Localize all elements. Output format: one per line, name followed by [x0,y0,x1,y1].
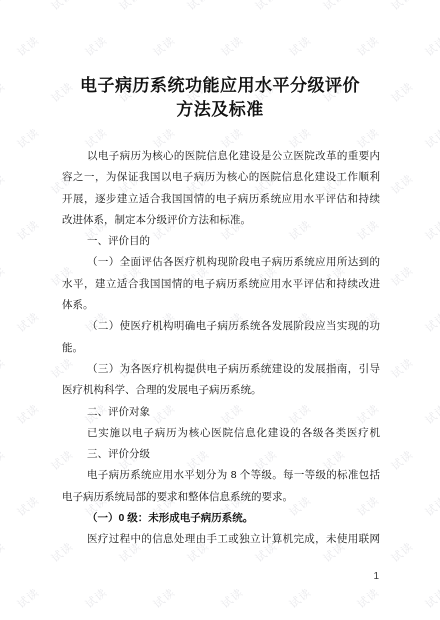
document-title: 电子病历系统功能应用水平分级评价 方法及标准 [0,74,440,122]
watermark-text: 试读 [422,492,440,520]
watermark-text: 试读 [14,400,43,428]
text-line: 水平，建立适合我国国情的电子病历系统应用水平评估和持续改进 [62,274,380,295]
watermark-text: 试读 [388,446,417,474]
watermark-text: 试读 [0,354,8,382]
text-line: 体系。 [62,295,380,316]
watermark-text: 试读 [14,584,43,612]
text-line: （三）为各医疗机构提供电子病历系统建设的发展指南，引导 [62,359,380,380]
watermark-text: 试读 [388,354,417,382]
watermark-text: 试读 [286,32,315,60]
text-line: 能。 [62,338,380,359]
watermark-text: 试读 [0,538,8,566]
watermark-text: 试读 [422,584,440,612]
text-line: 容之一，为保证我国以电子病历为核心的医院信息化建设工作顺利 [62,167,380,188]
watermark-text: 试读 [388,538,417,566]
watermark-text: 试读 [82,584,111,612]
watermark-text: 试读 [218,32,247,60]
watermark-text: 试读 [252,0,281,14]
watermark-text: 试读 [150,32,179,60]
watermark-text: 试读 [14,492,43,520]
watermark-text: 试读 [48,0,77,14]
watermark-text: 试读 [0,262,8,290]
text-line: 电子病历系统应用水平划分为 8 个等级。每一等级的标准包括 [62,465,380,486]
watermark-text: 试读 [116,0,145,14]
watermark-text: 试读 [82,32,111,60]
page-number: 1 [373,571,379,582]
watermark-text: 试读 [0,446,8,474]
watermark-text: 试读 [184,0,213,14]
text-line: 一、评价目的 [62,231,380,252]
text-line: 开展，逐步建立适合我国国情的电子病历系统应用水平评估和持续 [62,189,380,210]
watermark-text: 试读 [320,0,349,14]
watermark-text: 试读 [422,216,440,244]
watermark-text: 试读 [0,0,8,14]
document-title-line-1: 电子病历系统功能应用水平分级评价 [0,74,440,98]
watermark-text: 试读 [422,32,440,60]
document-title-line-2: 方法及标准 [0,98,440,122]
document-page: 试读试读试读试读试读试读试读试读试读试读试读试读试读试读试读试读试读试读试读试读… [0,0,440,620]
text-line: 医疗机构科学、合理的发展电子病历系统。 [62,380,380,401]
text-line: 医疗过程中的信息处理由手工或独立计算机完成，未使用联网 [62,529,380,550]
text-line: 电子病历系统局部的要求和整体信息系统的要求。 [62,487,380,508]
watermark-text: 试读 [0,170,8,198]
text-line: （一）全面评估各医疗机构现阶段电子病历系统应用所达到的 [62,252,380,273]
text-line: （一）0 级：未形成电子病历系统。 [62,508,380,529]
watermark-text: 试读 [388,170,417,198]
watermark-text: 试读 [14,308,43,336]
watermark-text: 试读 [150,584,179,612]
text-line: （二）使医疗机构明确电子病历系统各发展阶段应当实现的功 [62,316,380,337]
watermark-text: 试读 [388,0,417,14]
text-line: 改进体系，制定本分级评价方法和标准。 [62,210,380,231]
watermark-text: 试读 [354,584,383,612]
text-line: 以电子病历为核心的医院信息化建设是公立医院改革的重要内 [62,146,380,167]
watermark-text: 试读 [422,400,440,428]
watermark-text: 试读 [354,32,383,60]
document-body: 以电子病历为核心的医院信息化建设是公立医院改革的重要内容之一，为保证我国以电子病… [62,146,380,551]
watermark-text: 试读 [422,308,440,336]
text-line: 二、评价对象 [62,402,380,423]
watermark-text: 试读 [286,584,315,612]
watermark-text: 试读 [422,124,440,152]
watermark-text: 试读 [14,32,43,60]
watermark-text: 试读 [218,584,247,612]
text-line: 已实施以电子病历为核心医院信息化建设的各级各类医疗机构。 [62,423,380,444]
watermark-text: 试读 [14,216,43,244]
watermark-text: 试读 [14,124,43,152]
text-line: 三、评价分级 [62,444,380,465]
watermark-text: 试读 [388,262,417,290]
